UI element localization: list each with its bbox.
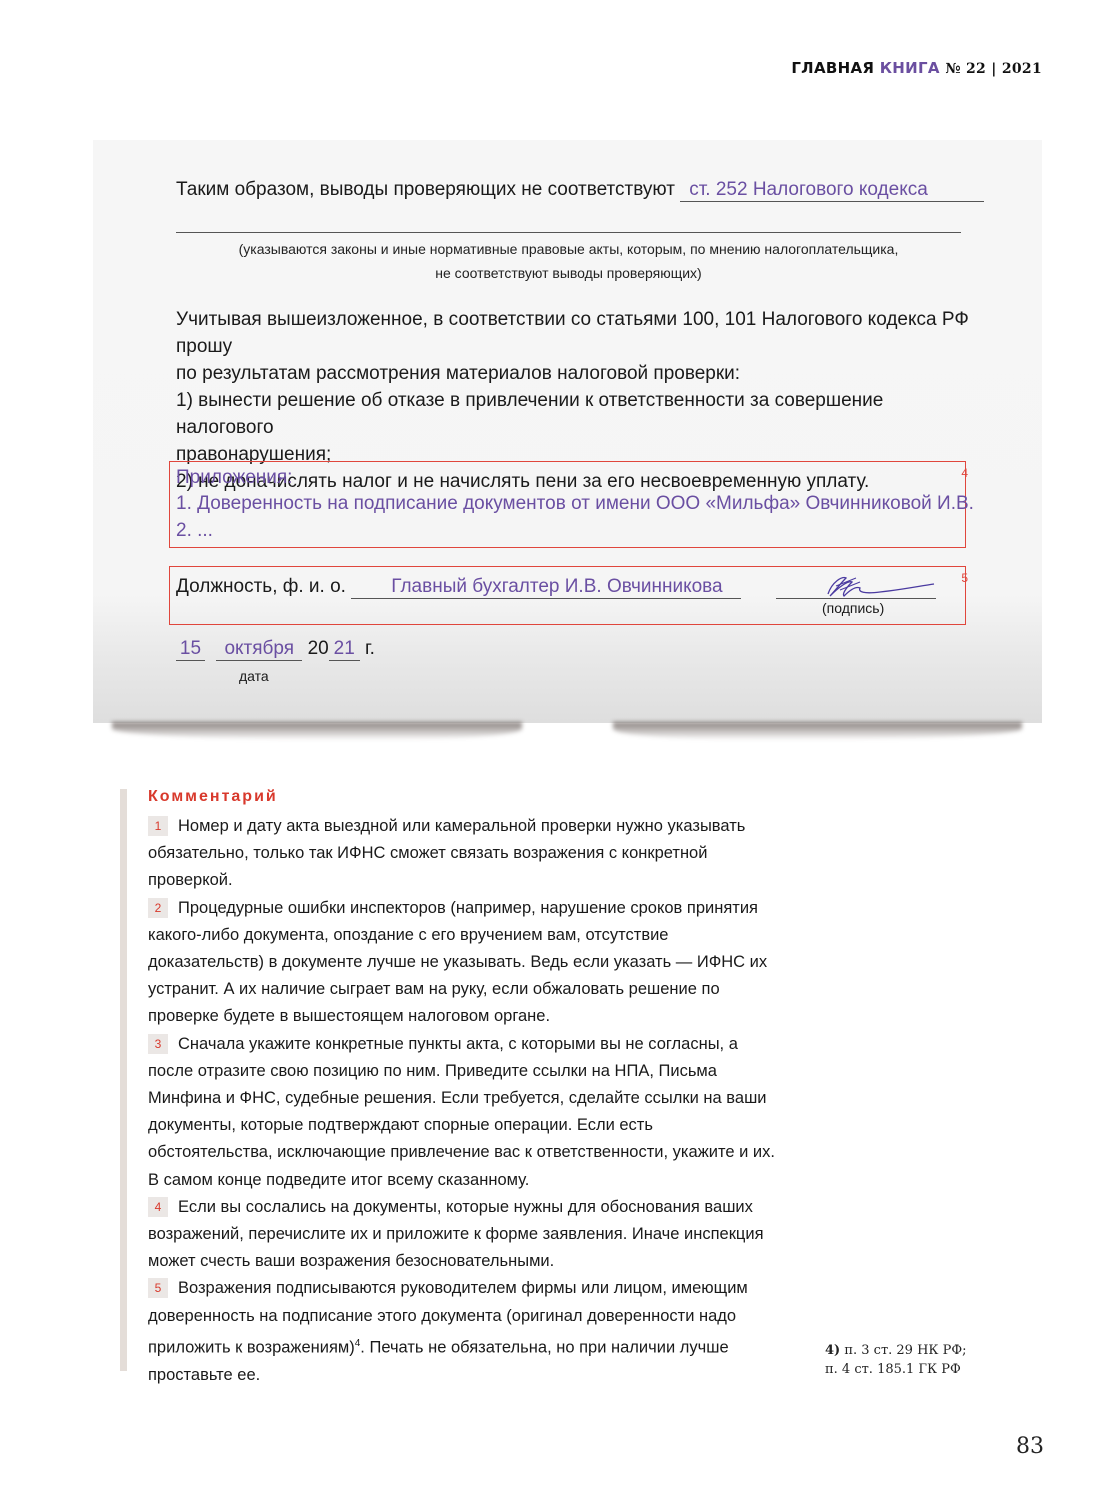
comment-number: 3 [148,1034,168,1054]
comment-title: Комментарий [148,788,278,806]
position-value: Главный бухгалтер И.В. Овчинникова [351,576,741,599]
date-year-prefix: 20 [308,638,329,659]
comment-number: 4 [148,1197,168,1217]
card-shadow [112,722,1022,744]
attachment-item: 1. Доверенность на подписание документов… [176,493,974,515]
conclusion-hint-2: не соответствуют выводы проверяющих) [176,265,961,281]
conclusion-value: ст. 252 Налогового кодекса [680,179,984,202]
issue-number: № 22 | 2021 [945,61,1042,77]
signature-line [776,598,936,599]
comment-item: 4Если вы сослались на документы, которые… [148,1194,778,1276]
signature-row: Должность, ф. и. о. Главный бухгалтер И.… [176,576,741,599]
comment-number: 1 [148,816,168,836]
comment-number: 5 [148,1278,168,1298]
request-line: 1) вынести решение об отказе в привлечен… [176,387,976,441]
date-row: 15 октября 2021 г. [176,638,375,661]
marker-4: 4 [961,466,968,480]
comment-number: 2 [148,898,168,918]
date-month: октября [216,638,302,661]
date-hint: дата [239,668,269,684]
date-year-suffix: 21 [329,638,360,661]
comment-item: 2Процедурные ошибки инспекторов (наприме… [148,895,778,1031]
request-line: по результатам рассмотрения материалов н… [176,360,976,387]
position-label: Должность, ф. и. о. [176,576,346,597]
comment-sidebar-bar [120,789,127,1371]
footnote-label: 4) [825,1343,840,1358]
comment-item: 1Номер и дату акта выездной или камераль… [148,813,778,895]
marker-5: 5 [961,571,968,585]
request-line: Учитывая вышеизложенное, в соответствии … [176,306,976,360]
attachments-title: Приложения: [176,467,292,489]
conclusion-hint-1: (указываются законы и иные нормативные п… [176,241,961,257]
date-day: 15 [176,638,205,661]
comment-item: 5Возражения подписываются руководителем … [148,1275,778,1388]
brand-accent: КНИГА [880,59,940,77]
date-year-label: г. [365,638,375,659]
brand-main: ГЛАВНАЯ [791,59,874,77]
page-number: 83 [1016,1434,1044,1459]
signature-hint: (подпись) [822,600,884,616]
attachment-item: 2. ... [176,520,213,542]
comment-item: 3Сначала укажите конкретные пункты акта,… [148,1031,778,1194]
conclusion-line: Таким образом, выводы проверяющих не соо… [176,179,984,202]
footnote: 4) п. 3 ст. 29 НК РФ; п. 4 ст. 185.1 ГК … [825,1341,967,1379]
magazine-header: ГЛАВНАЯ КНИГА № 22 | 2021 [791,59,1042,77]
blank-rule [176,232,961,233]
conclusion-label: Таким образом, выводы проверяющих не соо… [176,179,675,200]
